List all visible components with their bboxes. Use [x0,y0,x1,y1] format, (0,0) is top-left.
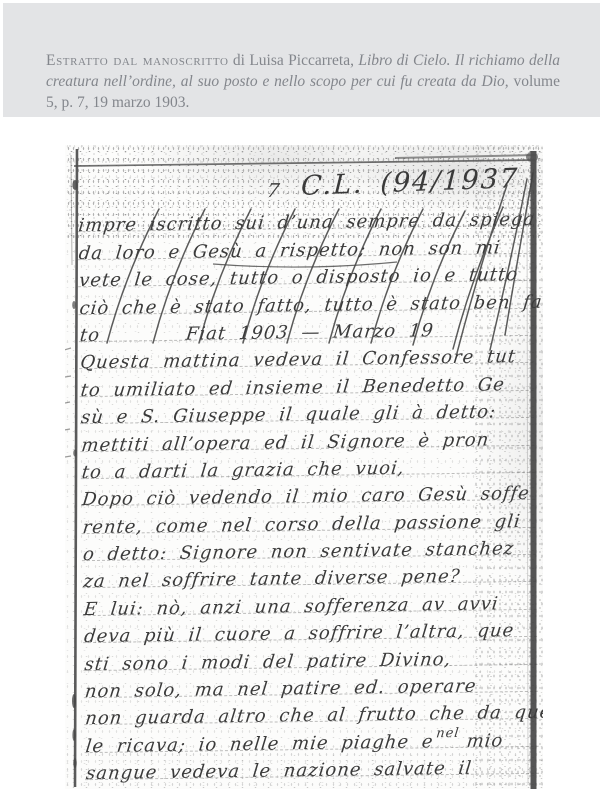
caption-text: Estratto dal manoscritto di Luisa Piccar… [46,50,560,114]
caption-band: Estratto dal manoscritto di Luisa Piccar… [3,3,600,117]
manuscript-line-text: mettiti all’opera ed il Signore è pron [80,431,490,455]
manuscript-date-line: Fiat 1903 — Marzo 19 [185,322,435,343]
manuscript-inserted-word: nel [435,727,460,740]
manuscript-text-block: impre iscritto sui d’una sempre da spieg… [77,199,539,780]
caption-smallcaps: Estratto dal manoscritto [46,52,229,69]
manuscript-page-number: 7 [266,182,282,201]
manuscript-line-text: to [79,327,101,345]
caption-plain-1: di Luisa Piccarreta, [229,52,359,69]
manuscript-scan: 7 C.L. (94/1937 impre iscritto sui d’una… [65,145,543,789]
manuscript-line-text: sti sono i modi del patire Divino, [84,651,453,674]
manuscript-archive-mark: C.L. (94/1937 [300,165,519,200]
manuscript-line-text: mio [466,732,505,751]
document-page: Estratto dal manoscritto di Luisa Piccar… [0,0,600,789]
manuscript-line-text: sangue vedeva le nazione salvate il [85,760,473,783]
manuscript-line-crossed: impre iscritto sui d’una sempre da spieg… [77,199,531,233]
manuscript-line-text: le ricava; io nelle mie piaghe e [85,733,435,756]
manuscript-line-text: to a darti la grazia che vuoi, [81,460,406,483]
